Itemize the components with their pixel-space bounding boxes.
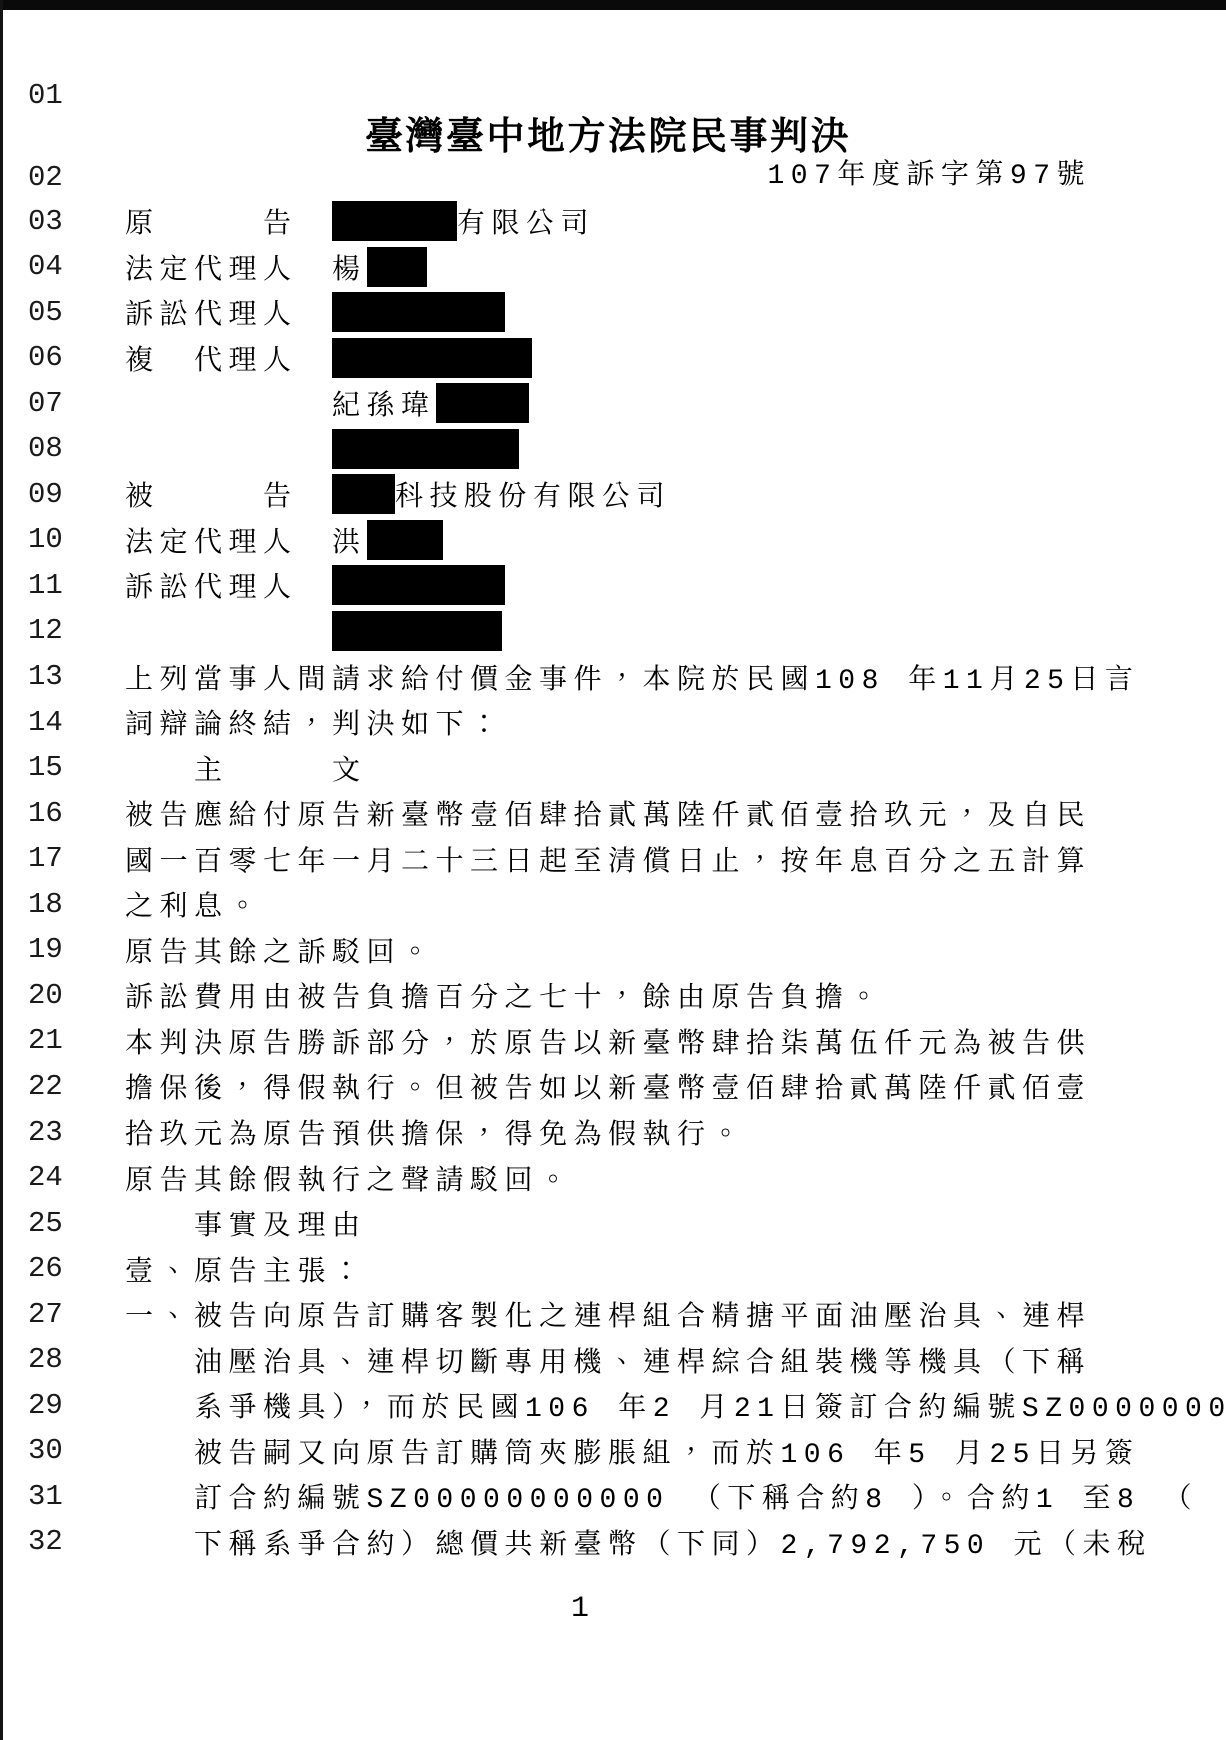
redaction-box xyxy=(332,292,505,332)
line-text: 有限公司 xyxy=(457,201,595,241)
line-content: 法定代理人 洪 xyxy=(125,517,443,563)
redaction-box xyxy=(332,474,395,514)
line-text: 訂合約編號SZ00000000000 （下稱合約8 ）。合約1 至8 （ xyxy=(125,1476,1198,1516)
document-line-04: 04法定代理人 楊 xyxy=(28,244,1226,290)
line-content: 一、被告向原告訂購客製化之連桿組合精搪平面油壓治具、連桿 xyxy=(125,1291,1091,1337)
line-number: 14 xyxy=(28,706,97,739)
line-text: 被 告 xyxy=(125,474,332,514)
document-line-32: 32 下稱系爭合約）總價共新臺幣（下同）2,792,750 元（未稅 xyxy=(28,1519,1226,1565)
line-text: 法定代理人 洪 xyxy=(125,520,367,560)
line-text: 107年度訴字第97號 xyxy=(767,161,1091,192)
line-number: 27 xyxy=(28,1298,97,1331)
line-content: 系爭機具），而於民國106 年2 月21日簽訂合約編號SZ0000000000至… xyxy=(125,1382,1226,1428)
line-number: 21 xyxy=(28,1024,97,1057)
line-number: 12 xyxy=(28,614,97,647)
line-text: 複 代理人 xyxy=(125,338,332,378)
line-text: 國一百零七年一月二十三日起至清償日止，按年息百分之五計算 xyxy=(125,839,1091,879)
line-number: 29 xyxy=(28,1389,97,1422)
judgment-page: 01臺灣臺中地方法院民事判決02107年度訴字第97號03原 告 有限公司04法… xyxy=(0,0,1226,1740)
line-text: 原告其餘之訴駁回。 xyxy=(125,930,436,970)
document-line-05: 05訴訟代理人 xyxy=(28,289,1226,335)
document-line-17: 17國一百零七年一月二十三日起至清償日止，按年息百分之五計算 xyxy=(28,836,1226,882)
line-text: 上列當事人間請求給付價金事件，本院於民國108 年11月25日言 xyxy=(125,657,1139,697)
document-line-19: 19原告其餘之訴駁回。 xyxy=(28,927,1226,973)
line-number: 13 xyxy=(28,660,97,693)
line-content: 國一百零七年一月二十三日起至清償日止，按年息百分之五計算 xyxy=(125,836,1091,882)
document-line-09: 09被 告 科技股份有限公司 xyxy=(28,471,1226,517)
document-line-07: 07 紀孫瑋 xyxy=(28,380,1226,426)
redaction-box xyxy=(332,338,532,378)
document-line-27: 27一、被告向原告訂購客製化之連桿組合精搪平面油壓治具、連桿 xyxy=(28,1291,1226,1337)
line-content xyxy=(125,426,519,472)
redaction-box xyxy=(367,520,443,560)
line-text: 法定代理人 楊 xyxy=(125,247,367,287)
document-line-16: 16被告應給付原告新臺幣壹佰肆拾貳萬陸仟貳佰壹拾玖元，及自民 xyxy=(28,790,1226,836)
document-line-08: 08 xyxy=(28,426,1226,472)
document-line-28: 28 油壓治具、連桿切斷專用機、連桿綜合組裝機等機具（下稱 xyxy=(28,1337,1226,1383)
scan-left-border xyxy=(0,0,3,1740)
line-content: 被告嗣又向原告訂購筒夾膨脹組，而於106 年5 月25日另簽 xyxy=(125,1428,1139,1474)
document-line-23: 23拾玖元為原告預供擔保，得免為假執行。 xyxy=(28,1109,1226,1155)
scan-top-border xyxy=(0,0,1226,10)
line-content: 原 告 有限公司 xyxy=(125,198,595,244)
document-line-10: 10法定代理人 洪 xyxy=(28,517,1226,563)
document-line-11: 11訴訟代理人 xyxy=(28,562,1226,608)
line-content: 複 代理人 xyxy=(125,335,532,381)
line-text: 主 文 xyxy=(125,748,367,788)
document-line-13: 13上列當事人間請求給付價金事件，本院於民國108 年11月25日言 xyxy=(28,654,1226,700)
line-text: 原告其餘假執行之聲請駁回。 xyxy=(125,1158,574,1198)
line-content: 原告其餘假執行之聲請駁回。 xyxy=(125,1155,574,1201)
line-number: 01 xyxy=(28,79,97,112)
line-number: 30 xyxy=(28,1434,97,1467)
line-text: 科技股份有限公司 xyxy=(395,474,671,514)
line-number: 04 xyxy=(28,250,97,283)
document-line-25: 25 事實及理由 xyxy=(28,1200,1226,1246)
line-text: 下稱系爭合約）總價共新臺幣（下同）2,792,750 元（未稅 xyxy=(125,1522,1152,1562)
line-number: 15 xyxy=(28,751,97,784)
line-number: 11 xyxy=(28,569,97,602)
document-line-06: 06複 代理人 xyxy=(28,335,1226,381)
line-number: 32 xyxy=(28,1525,97,1558)
line-number: 24 xyxy=(28,1161,97,1194)
line-number: 31 xyxy=(28,1480,97,1513)
line-number: 22 xyxy=(28,1070,97,1103)
line-number: 17 xyxy=(28,842,97,875)
document-line-15: 15 主 文 xyxy=(28,745,1226,791)
line-content: 油壓治具、連桿切斷專用機、連桿綜合組裝機等機具（下稱 xyxy=(125,1337,1091,1383)
line-text: 壹、原告主張： xyxy=(125,1249,367,1289)
line-number: 28 xyxy=(28,1343,97,1376)
line-text: 訴訟費用由被告負擔百分之七十，餘由原告負擔。 xyxy=(125,975,884,1015)
line-text: 被告嗣又向原告訂購筒夾膨脹組，而於106 年5 月25日另簽 xyxy=(125,1431,1139,1471)
line-number: 05 xyxy=(28,296,97,329)
document-line-18: 18之利息。 xyxy=(28,881,1226,927)
line-number: 08 xyxy=(28,432,97,465)
line-content: 訂合約編號SZ00000000000 （下稱合約8 ）。合約1 至8 （ xyxy=(125,1473,1198,1519)
document-line-12: 12 xyxy=(28,608,1226,654)
line-text: 一、被告向原告訂購客製化之連桿組合精搪平面油壓治具、連桿 xyxy=(125,1294,1091,1334)
line-number: 10 xyxy=(28,523,97,556)
line-text: 系爭機具），而於民國106 年2 月21日簽訂合約編號SZ0000000000至… xyxy=(125,1385,1226,1425)
line-text: 擔保後，得假執行。但被告如以新臺幣壹佰肆拾貳萬陸仟貳佰壹 xyxy=(125,1066,1091,1106)
line-content: 原告其餘之訴駁回。 xyxy=(125,927,436,973)
line-text xyxy=(125,611,332,651)
document-line-20: 20訴訟費用由被告負擔百分之七十，餘由原告負擔。 xyxy=(28,972,1226,1018)
redaction-box xyxy=(332,201,457,241)
line-text xyxy=(125,429,332,469)
line-text: 紀孫瑋 xyxy=(125,383,436,423)
line-content: 主 文 xyxy=(125,745,367,791)
line-content: 上列當事人間請求給付價金事件，本院於民國108 年11月25日言 xyxy=(125,654,1139,700)
document-line-01: 01臺灣臺中地方法院民事判決 xyxy=(28,72,1226,118)
document-line-03: 03原 告 有限公司 xyxy=(28,198,1226,244)
line-text: 油壓治具、連桿切斷專用機、連桿綜合組裝機等機具（下稱 xyxy=(125,1340,1091,1380)
line-content: 擔保後，得假執行。但被告如以新臺幣壹佰肆拾貳萬陸仟貳佰壹 xyxy=(125,1063,1091,1109)
line-content xyxy=(125,608,502,654)
document-line-29: 29 系爭機具），而於民國106 年2 月21日簽訂合約編號SZ00000000… xyxy=(28,1382,1226,1428)
redaction-box xyxy=(367,247,427,287)
redaction-box xyxy=(332,429,519,469)
line-number: 02 xyxy=(28,161,97,194)
line-number: 03 xyxy=(28,205,97,238)
line-number: 26 xyxy=(28,1252,97,1285)
line-text: 事實及理由 xyxy=(125,1203,367,1243)
line-text: 之利息。 xyxy=(125,884,263,924)
case-number: 107年度訴字第97號 xyxy=(125,154,1091,200)
line-content: 訴訟費用由被告負擔百分之七十，餘由原告負擔。 xyxy=(125,972,884,1018)
court-title: 臺灣臺中地方法院民事判決 xyxy=(125,105,1091,160)
document-line-02: 02107年度訴字第97號 xyxy=(28,154,1226,200)
redaction-box xyxy=(332,565,505,605)
line-content: 事實及理由 xyxy=(125,1200,367,1246)
line-content: 下稱系爭合約）總價共新臺幣（下同）2,792,750 元（未稅 xyxy=(125,1519,1152,1565)
redaction-box xyxy=(436,383,529,423)
line-content: 法定代理人 楊 xyxy=(125,244,427,290)
line-text: 原 告 xyxy=(125,201,332,241)
page-number: 1 xyxy=(97,1592,1063,1626)
line-content: 被告應給付原告新臺幣壹佰肆拾貳萬陸仟貳佰壹拾玖元，及自民 xyxy=(125,790,1091,836)
line-number: 23 xyxy=(28,1116,97,1149)
document-line-24: 24原告其餘假執行之聲請駁回。 xyxy=(28,1155,1226,1201)
line-content: 壹、原告主張： xyxy=(125,1246,367,1292)
line-text: 詞辯論終結，判決如下： xyxy=(125,702,505,742)
line-text: 訴訟代理人 xyxy=(125,292,332,332)
line-content: 詞辯論終結，判決如下： xyxy=(125,699,505,745)
document-line-26: 26壹、原告主張： xyxy=(28,1246,1226,1292)
document-line-14: 14詞辯論終結，判決如下： xyxy=(28,699,1226,745)
redaction-box xyxy=(332,611,502,651)
line-text: 拾玖元為原告預供擔保，得免為假執行。 xyxy=(125,1112,746,1152)
document-line-21: 21本判決原告勝訴部分，於原告以新臺幣肆拾柒萬伍仟元為被告供 xyxy=(28,1018,1226,1064)
line-content: 訴訟代理人 xyxy=(125,289,505,335)
line-number: 16 xyxy=(28,797,97,830)
line-text: 臺灣臺中地方法院民事判決 xyxy=(365,113,851,158)
line-number: 25 xyxy=(28,1207,97,1240)
line-text: 被告應給付原告新臺幣壹佰肆拾貳萬陸仟貳佰壹拾玖元，及自民 xyxy=(125,793,1091,833)
line-content: 紀孫瑋 xyxy=(125,380,529,426)
line-number: 20 xyxy=(28,979,97,1012)
line-number: 19 xyxy=(28,933,97,966)
line-text: 本判決原告勝訴部分，於原告以新臺幣肆拾柒萬伍仟元為被告供 xyxy=(125,1021,1091,1061)
line-content: 本判決原告勝訴部分，於原告以新臺幣肆拾柒萬伍仟元為被告供 xyxy=(125,1018,1091,1064)
line-content: 拾玖元為原告預供擔保，得免為假執行。 xyxy=(125,1109,746,1155)
line-content: 訴訟代理人 xyxy=(125,562,505,608)
line-content: 之利息。 xyxy=(125,881,263,927)
line-number: 09 xyxy=(28,478,97,511)
document-line-31: 31 訂合約編號SZ00000000000 （下稱合約8 ）。合約1 至8 （ xyxy=(28,1473,1226,1519)
line-content: 被 告 科技股份有限公司 xyxy=(125,471,671,517)
line-number: 07 xyxy=(28,387,97,420)
line-number: 06 xyxy=(28,341,97,374)
document-line-30: 30 被告嗣又向原告訂購筒夾膨脹組，而於106 年5 月25日另簽 xyxy=(28,1428,1226,1474)
line-text: 訴訟代理人 xyxy=(125,565,332,605)
document-line-22: 22擔保後，得假執行。但被告如以新臺幣壹佰肆拾貳萬陸仟貳佰壹 xyxy=(28,1063,1226,1109)
line-number: 18 xyxy=(28,888,97,921)
